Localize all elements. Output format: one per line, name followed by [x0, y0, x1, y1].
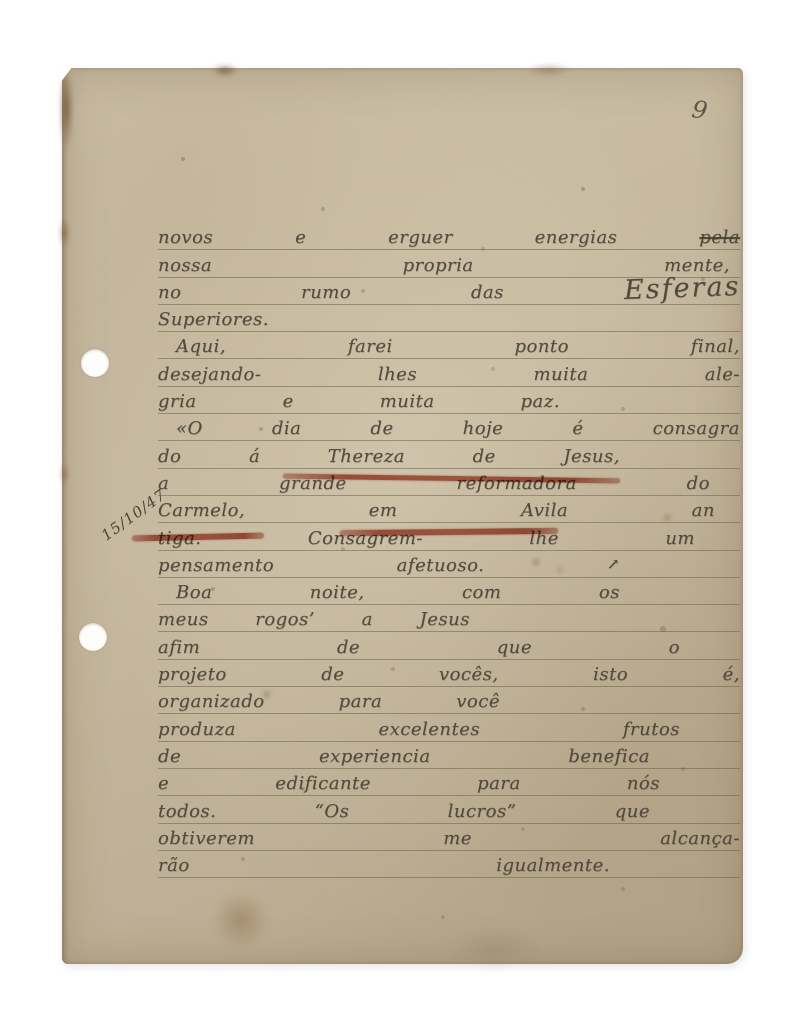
handwritten-word: obtiverem — [158, 830, 255, 850]
handwritten-word: consagra — [653, 420, 740, 440]
handwritten-word: rumo — [301, 284, 351, 304]
handwritten-word: isto — [593, 666, 628, 686]
handwritten-line: eedificanteparanós — [158, 769, 740, 796]
handwritten-word: experiencia — [319, 748, 431, 768]
handwritten-word: “Os — [315, 803, 350, 823]
stain — [527, 63, 571, 77]
handwritten-word: no — [158, 284, 181, 304]
handwritten-word: Boa — [176, 584, 212, 604]
handwritten-word: frutos — [623, 721, 680, 741]
handwritten-line: meusrogos’aJesus — [158, 605, 740, 632]
page-number: 9 — [690, 95, 709, 125]
handwritten-word: em — [369, 502, 398, 522]
handwritten-word: «O — [176, 420, 203, 440]
handwritten-word: gria — [158, 393, 197, 413]
handwritten-word: organizado — [158, 693, 265, 713]
handwritten-word: do — [687, 475, 710, 495]
handwritten-word: muita — [380, 393, 435, 413]
handwritten-word: Superiores. — [158, 311, 269, 331]
handwritten-word: Jesus — [420, 611, 470, 631]
stain — [447, 926, 542, 971]
handwritten-word: é, — [723, 666, 740, 686]
handwritten-word: de — [473, 448, 496, 468]
handwritten-word: e — [283, 393, 294, 413]
handwritten-line: Superiores. — [158, 305, 740, 332]
manuscript-page: 9 15/10/47 novoseerguerenergiaspelanossa… — [62, 68, 743, 964]
handwritten-word: edificante — [275, 775, 371, 795]
handwritten-line: deexperienciabenefica — [158, 742, 740, 769]
handwritten-word: e — [158, 775, 169, 795]
stain — [212, 890, 270, 950]
handwritten-word: do — [158, 448, 181, 468]
handwritten-word: lucros” — [448, 803, 517, 823]
handwritten-line: Boanoite,comos — [158, 578, 740, 605]
handwritten-word: que — [615, 803, 650, 823]
handwritten-line: projetodevocês,istoé, — [158, 660, 740, 687]
handwritten-word: e — [295, 229, 306, 249]
handwritten-line: organizadoparavocê — [158, 687, 740, 714]
handwritten-word: igualmente. — [496, 857, 610, 877]
handwritten-word: rão — [158, 857, 190, 877]
handwritten-word: a — [158, 475, 169, 495]
handwritten-word: Jesus, — [563, 448, 620, 468]
handwritten-line: «Odiadehojeéconsagra — [158, 414, 740, 441]
arrow-mark: ↗ — [607, 557, 620, 577]
handwritten-word: erguer — [388, 229, 453, 249]
handwritten-word: a — [362, 611, 373, 631]
handwritten-line: griaemuitapaz. — [158, 387, 740, 414]
handwritten-line: todos.“Oslucros”que — [158, 796, 740, 823]
handwritten-word: você — [456, 693, 500, 713]
handwritten-line: rãoigualmente. — [158, 851, 740, 878]
handwritten-word: Thereza — [328, 448, 405, 468]
handwritten-word: pensamento — [158, 557, 274, 577]
handwritten-line: afimdequeo — [158, 632, 740, 659]
handwritten-word: todos. — [158, 803, 216, 823]
handwritten-word: farei — [348, 338, 393, 358]
handwritten-word: nós — [627, 775, 660, 795]
scan-background: 9 15/10/47 novoseerguerenergiaspelanossa… — [0, 0, 806, 1024]
stain — [60, 463, 69, 485]
handwritten-word: Carmelo, — [158, 502, 245, 522]
handwritten-word: ponto — [514, 338, 569, 358]
handwritten-line: pensamentoafetuoso.↗ — [158, 551, 740, 578]
handwritten-word: o — [669, 639, 680, 659]
punch-hole-bottom — [79, 623, 107, 651]
handwritten-word: para — [339, 693, 383, 713]
handwritten-word: de — [370, 420, 393, 440]
handwritten-word: paz. — [521, 393, 560, 413]
handwritten-word: produza — [158, 721, 236, 741]
handwritten-line: agrandereformadorado — [158, 469, 740, 496]
handwritten-word: excelentes — [378, 721, 480, 741]
handwritten-word: afetuoso. — [397, 557, 485, 577]
handwritten-word: muita — [533, 366, 588, 386]
handwriting-lines: novoseerguerenergiaspelanossapropriament… — [158, 223, 740, 878]
handwritten-word: os — [599, 584, 620, 604]
handwritten-word: Aqui, — [176, 338, 226, 358]
handwritten-word: ale- — [705, 366, 740, 386]
handwritten-word: an — [692, 502, 715, 522]
handwritten-line: Aqui,fareipontofinal, — [158, 332, 740, 359]
handwritten-word: vocês, — [439, 666, 499, 686]
handwritten-line: novoseerguerenergiaspela — [158, 223, 740, 250]
handwritten-word: alcança- — [660, 830, 740, 850]
handwritten-word: energias — [535, 229, 618, 249]
handwritten-word: é — [572, 420, 583, 440]
handwritten-word: á — [249, 448, 260, 468]
handwritten-word: pela — [699, 229, 740, 249]
handwritten-word: propria — [403, 257, 474, 277]
handwritten-line: doáTherezadeJesus, — [158, 441, 740, 468]
handwritten-word: noite, — [310, 584, 365, 604]
handwritten-word: afim — [158, 639, 200, 659]
punch-hole-top — [81, 349, 109, 377]
handwritten-word: meus — [158, 611, 209, 631]
handwritten-word: de — [158, 748, 181, 768]
handwritten-word: desejando- — [158, 366, 261, 386]
handwritten-word: novos — [158, 229, 213, 249]
handwritten-word: projeto — [158, 666, 227, 686]
torn-corner — [60, 66, 73, 83]
handwritten-line: desejando-lhesmuitaale- — [158, 359, 740, 386]
handwritten-word: nossa — [158, 257, 212, 277]
handwritten-word: de — [321, 666, 344, 686]
handwritten-word: Esferas — [623, 273, 740, 306]
handwritten-word: benefica — [568, 748, 650, 768]
handwritten-word: Avila — [521, 502, 568, 522]
stain — [59, 218, 70, 248]
handwritten-word: um — [665, 530, 695, 550]
handwritten-word: final, — [691, 338, 740, 358]
handwritten-word: para — [477, 775, 521, 795]
handwritten-word: de — [337, 639, 360, 659]
handwritten-word: com — [462, 584, 502, 604]
handwritten-word: me — [443, 830, 472, 850]
handwritten-word: hoje — [463, 420, 504, 440]
handwritten-word: lhes — [378, 366, 417, 386]
stain — [212, 64, 238, 77]
paper-left-edge — [62, 68, 69, 964]
handwritten-line: obtiveremmealcança- — [158, 824, 740, 851]
handwritten-line: norumodasEsferas — [158, 278, 740, 305]
handwritten-word: dia — [272, 420, 302, 440]
handwritten-word: que — [497, 639, 532, 659]
handwritten-word: das — [471, 284, 504, 304]
handwritten-line: Carmelo,emAvilaan — [158, 496, 740, 523]
handwritten-word: rogos’ — [255, 611, 315, 631]
handwritten-line: produzaexcelentesfrutos — [158, 714, 740, 741]
